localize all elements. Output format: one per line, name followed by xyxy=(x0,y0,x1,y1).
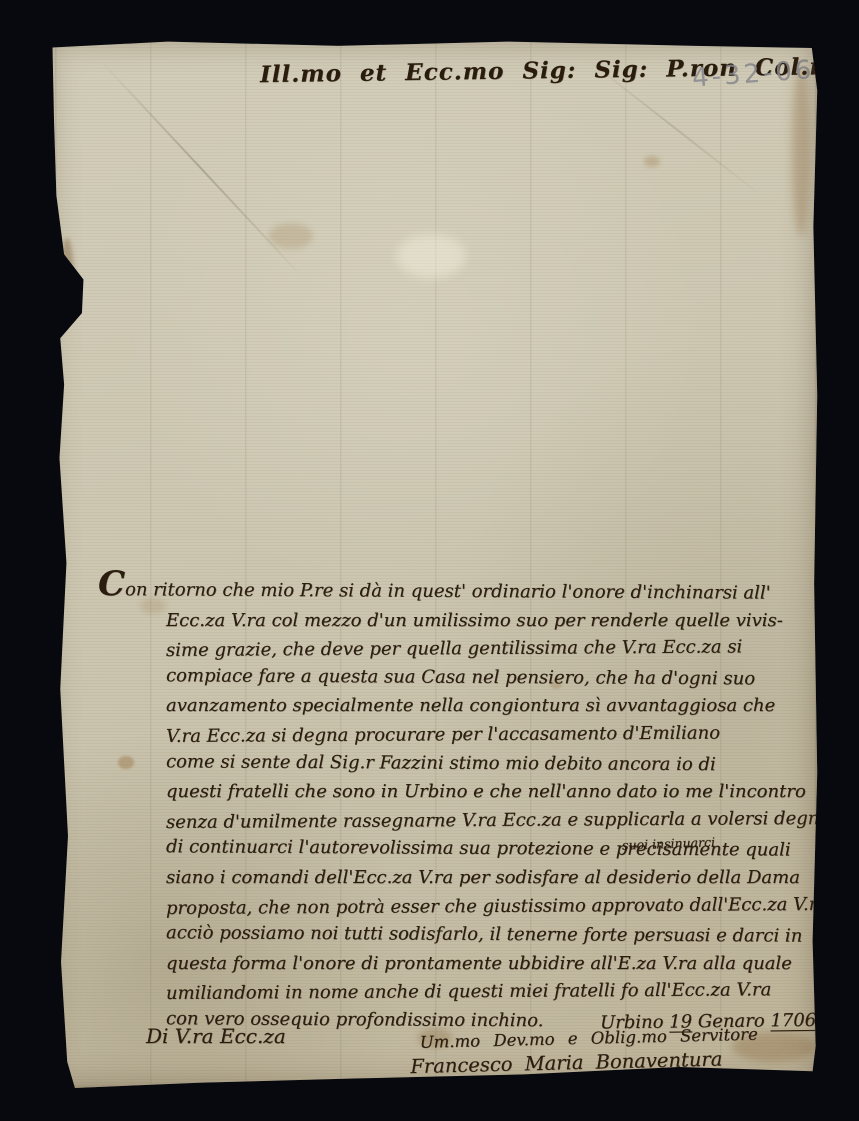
stain-spot xyxy=(396,234,466,278)
stain-spot xyxy=(269,223,313,249)
body-line: di continuarci l'autorevolissima sua pro… xyxy=(166,834,816,866)
stain-spot xyxy=(118,756,134,769)
body-line: senza d'umilmente rassegnarne V.ra Ecc.z… xyxy=(166,805,816,838)
paper-crease xyxy=(98,58,304,279)
worn-edge-stain xyxy=(792,66,810,236)
body-line: acciò possiamo noi tutti sodisfarlo, il … xyxy=(166,919,816,951)
torn-edge-stain xyxy=(60,238,74,324)
photograph-background: Ill.mo et Ecc.mo Sig: Sig: P.ron Col.mo … xyxy=(0,0,859,1121)
body-line: compiace fare a questa sua Casa nel pens… xyxy=(166,662,816,694)
body-line: questi fratelli che sono in Urbino e che… xyxy=(166,778,816,807)
signature-block: Um.mo Dev.mo e Oblig.mo Servitore France… xyxy=(420,1023,821,1078)
body-line: sime grazie, che deve per quella gentili… xyxy=(166,633,816,666)
body-line: proposta, che non potrà esser che giusti… xyxy=(166,891,816,924)
body-line: avanzamento specialmente nella congiontu… xyxy=(166,692,816,721)
stain-spot xyxy=(644,156,660,167)
letter-body: Con ritorno che mio P.re si dà in quest'… xyxy=(166,572,816,1036)
body-line: siano i comandi dell'Ecc.za V.ra per sod… xyxy=(166,864,816,893)
body-line: questa forma l'onore di prontamente ubbi… xyxy=(166,950,816,979)
salutation-line: Ill.mo et Ecc.mo Sig: Sig: P.ron Col.mo xyxy=(260,55,720,88)
body-line: V.ra Ecc.za si degna procurare per l'acc… xyxy=(166,719,816,752)
body-line: Con ritorno che mio P.re si dà in quest'… xyxy=(98,570,816,608)
body-line: umiliandomi in nome anche di questi miei… xyxy=(166,976,816,1009)
body-line: Ecc.za V.ra col mezzo d'un umilissimo su… xyxy=(166,607,816,636)
valediction: Di V.ra Ecc.za xyxy=(146,1024,286,1048)
body-line: come si sente dal Sig.r Fazzini stimo mi… xyxy=(166,748,816,780)
letter-sheet: Ill.mo et Ecc.mo Sig: Sig: P.ron Col.mo … xyxy=(44,38,818,1088)
stain-spot xyxy=(46,1006,58,1052)
